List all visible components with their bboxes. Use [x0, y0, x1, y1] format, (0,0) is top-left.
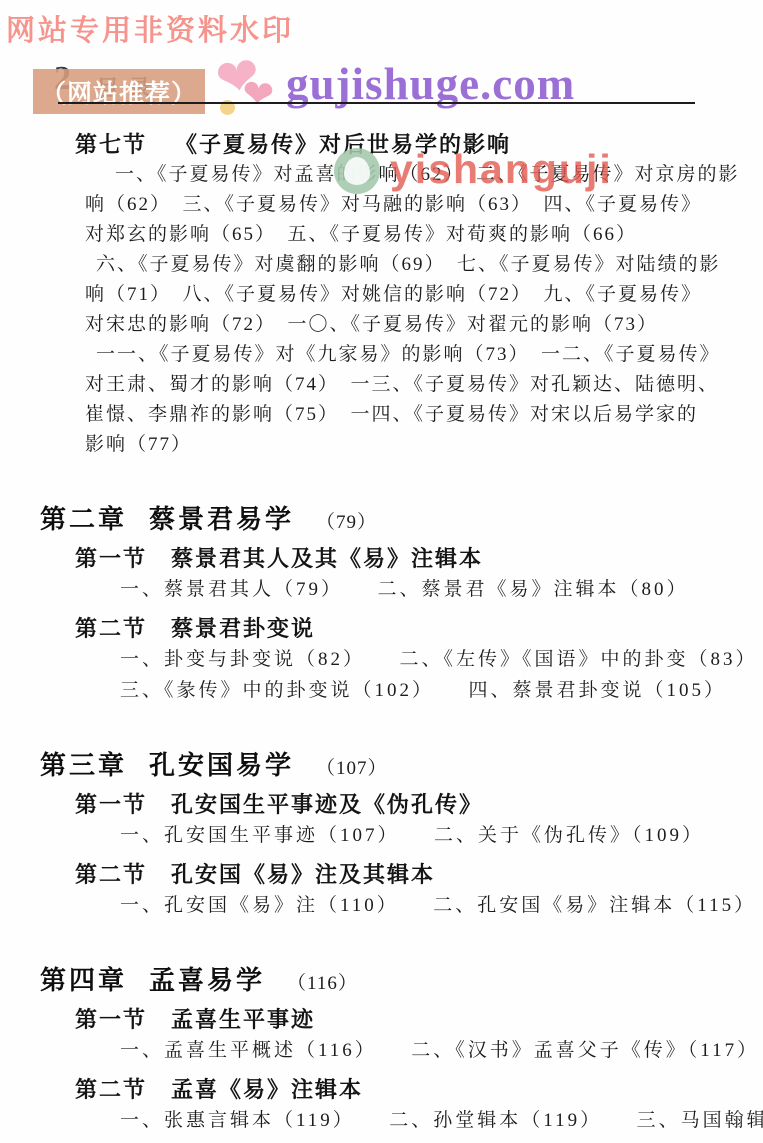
site-badge-watermark: （网站推荐） [33, 69, 205, 114]
section-heading: 第七节 《子夏易传》对后世易学的影响 [40, 126, 730, 160]
toc-line: 三、《彖传》中的卦变说（102） 四、蔡景君卦变说（105） [40, 675, 730, 706]
section-number: 第一节 [75, 788, 147, 819]
toc-line: 对宋忠的影响（72） 一〇、《子夏易传》对翟元的影响（73） [40, 310, 730, 340]
section-title: 孔安国《易》注及其辑本 [171, 858, 435, 889]
section-title: 蔡景君其人及其《易》注辑本 [171, 542, 483, 573]
watermark-top-left: 网站专用非资料水印 [6, 8, 294, 49]
section-heading: 第一节 孟喜生平事迹 [40, 1002, 730, 1035]
chapter-title: 蔡景君易学 [149, 499, 294, 536]
section-heading: 第二节 孔安国《易》注及其辑本 [40, 857, 730, 890]
section-number: 第二节 [75, 1073, 147, 1104]
chapter-heading: 第三章 孔安国易学 （107） [40, 745, 730, 781]
section-heading: 第一节 孔安国生平事迹及《伪孔传》 [40, 787, 730, 820]
chapter-title: 孟喜易学 [149, 960, 265, 997]
section-title: 孟喜《易》注辑本 [171, 1073, 363, 1104]
chapter-block: 第二章 蔡景君易学 （79） 第一节 蔡景君其人及其《易》注辑本 一、蔡景君其人… [40, 499, 730, 706]
heart-icon: ❤ [240, 70, 276, 118]
section-number: 第一节 [75, 542, 147, 573]
toc-line: 影响（77） [40, 430, 730, 460]
chapter-number: 第二章 [40, 499, 127, 536]
toc-line: 响（62） 三、《子夏易传》对马融的影响（63） 四、《子夏易传》 [40, 190, 730, 220]
toc-line: 一、孔安国生平事迹（107） 二、关于《伪孔传》（109） [40, 820, 730, 851]
chapter-page: （116） [287, 968, 358, 995]
chapter-heading: 第二章 蔡景君易学 （79） [40, 499, 730, 535]
section-number: 第七节 [75, 128, 147, 159]
section-number: 第二节 [75, 612, 147, 643]
toc-line: 一、卦变与卦变说（82） 二、《左传》《国语》中的卦变（83） [40, 644, 730, 675]
chapter-block: 第四章 孟喜易学 （116） 第一节 孟喜生平事迹 一、孟喜生平概述（116） … [40, 960, 730, 1136]
toc-line: 响（71） 八、《子夏易传》对姚信的影响（72） 九、《子夏易传》 [40, 280, 730, 310]
section-number: 第一节 [75, 1003, 147, 1034]
toc-line: 一一、《子夏易传》对《九家易》的影响（73） 一二、《子夏易传》 [40, 340, 730, 370]
toc-content: 第七节 《子夏易传》对后世易学的影响 一、《子夏易传》对孟喜的影响（62） 二、… [40, 126, 730, 1136]
toc-line: 一、孔安国《易》注（110） 二、孔安国《易》注辑本（115） [40, 890, 730, 921]
section-heading: 第一节 蔡景君其人及其《易》注辑本 [40, 541, 730, 574]
toc-line: 一、孟喜生平概述（116） 二、《汉书》孟喜父子《传》（117） [40, 1035, 730, 1066]
toc-line: 六、《子夏易传》对虞翻的影响（69） 七、《子夏易传》对陆绩的影 [40, 250, 730, 280]
chapter-block: 第三章 孔安国易学 （107） 第一节 孔安国生平事迹及《伪孔传》 一、孔安国生… [40, 745, 730, 921]
section-number: 第二节 [75, 858, 147, 889]
toc-line: 崔憬、李鼎祚的影响（75） 一四、《子夏易传》对宋以后易学家的 [40, 400, 730, 430]
green-circle-logo-icon [334, 148, 380, 194]
toc-line: 一、蔡景君其人（79） 二、蔡景君《易》注辑本（80） [40, 574, 730, 605]
chapter-number: 第四章 [40, 960, 127, 997]
yishanguji-watermark: yishanguji [390, 146, 613, 193]
section-title: 孔安国生平事迹及《伪孔传》 [171, 788, 483, 819]
chapter-page: （107） [316, 753, 388, 780]
section-heading: 第二节 孟喜《易》注辑本 [40, 1072, 730, 1105]
toc-line: 一、《子夏易传》对孟喜的影响（62） 二、《子夏易传》对京房的影 [40, 160, 730, 190]
chapter-page: （79） [316, 507, 377, 534]
toc-line: 对郑玄的影响（65） 五、《子夏易传》对荀爽的影响（66） [40, 220, 730, 250]
chapter-title: 孔安国易学 [149, 745, 294, 782]
chapter-heading: 第四章 孟喜易学 （116） [40, 960, 730, 996]
toc-line: 一、张惠言辑本（119） 二、孙堂辑本（119） 三、马国翰辑本 [40, 1105, 730, 1136]
section-title: 孟喜生平事迹 [171, 1003, 315, 1034]
chapter-number: 第三章 [40, 745, 127, 782]
header-rule [58, 102, 695, 104]
toc-line: 对王肃、蜀才的影响（74） 一三、《子夏易传》对孔颖达、陆德明、 [40, 370, 730, 400]
section-title: 蔡景君卦变说 [171, 612, 315, 643]
section-heading: 第二节 蔡景君卦变说 [40, 611, 730, 644]
hearts-icon: ❤ ❤ [212, 48, 292, 128]
